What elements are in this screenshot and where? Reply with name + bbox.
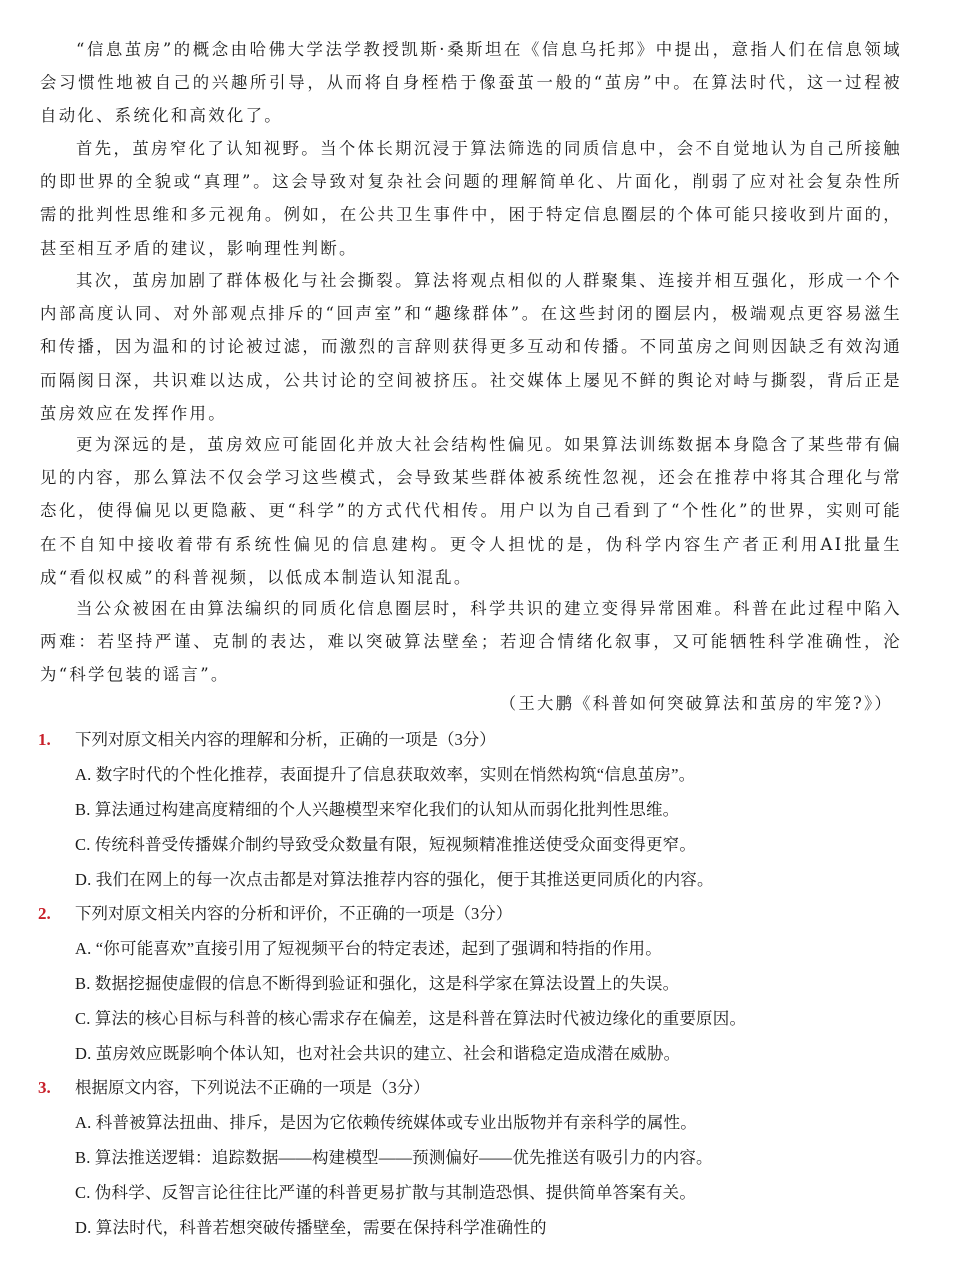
question-stem-row: 1.下列对原文相关内容的理解和分析，正确的一项是（3分）: [38, 722, 918, 757]
option-c[interactable]: C. 算法的核心目标与科普的核心需求存在偏差，这是科普在算法时代被边缘化的重要原…: [75, 1001, 918, 1036]
option-b[interactable]: B. 算法通过构建高度精细的个人兴趣模型来窄化我们的认知从而弱化批判性思维。: [75, 792, 918, 827]
question-number: 2.: [38, 896, 75, 931]
option-b[interactable]: B. 算法推送逻辑：追踪数据——构建模型——预测偏好——优先推送有吸引力的内容。: [75, 1140, 918, 1175]
passage-paragraph-2: 首先，茧房窄化了认知视野。当个体长期沉浸于算法筛选的同质信息中，会不自觉地认为自…: [40, 132, 902, 265]
question-number: 3.: [38, 1070, 75, 1105]
option-a[interactable]: A. “你可能喜欢”直接引用了短视频平台的特定表述，起到了强调和特指的作用。: [75, 931, 918, 966]
question-1: 1.下列对原文相关内容的理解和分析，正确的一项是（3分） A. 数字时代的个性化…: [38, 722, 918, 897]
option-d[interactable]: D. 我们在网上的每一次点击都是对算法推荐内容的强化，便于其推送更同质化的内容。: [75, 862, 918, 897]
question-stem: 根据原文内容，下列说法不正确的一项是（3分）: [75, 1078, 430, 1097]
question-number: 1.: [38, 722, 75, 757]
option-d[interactable]: D. 算法时代，科普若想突破传播壁垒，需要在保持科学准确性的: [75, 1210, 918, 1245]
option-a[interactable]: A. 数字时代的个性化推荐，表面提升了信息获取效率，实则在悄然构筑“信息茧房”。: [75, 757, 918, 792]
question-stem-row: 2.下列对原文相关内容的分析和评价，不正确的一项是（3分）: [38, 896, 918, 931]
option-a[interactable]: A. 科普被算法扭曲、排斥，是因为它依赖传统媒体或专业出版物并有亲科学的属性。: [75, 1105, 918, 1140]
question-2: 2.下列对原文相关内容的分析和评价，不正确的一项是（3分） A. “你可能喜欢”…: [38, 896, 918, 1071]
passage-source: （王大鹏《科普如何突破算法和茧房的牢笼?》）: [500, 690, 893, 714]
question-stem: 下列对原文相关内容的理解和分析，正确的一项是（3分）: [75, 730, 496, 749]
option-c[interactable]: C. 传统科普受传播媒介制约导致受众数量有限，短视频精准推送使受众面变得更窄。: [75, 827, 918, 862]
passage-paragraph-5: 当公众被困在由算法编织的同质化信息圈层时，科学共识的建立变得异常困难。科普在此过…: [40, 592, 902, 692]
option-c[interactable]: C. 伪科学、反智言论往往比严谨的科普更易扩散与其制造恐惧、提供简单答案有关。: [75, 1175, 918, 1210]
passage-paragraph-3: 其次，茧房加剧了群体极化与社会撕裂。算法将观点相似的人群聚集、连接并相互强化，形…: [40, 264, 902, 430]
option-b[interactable]: B. 数据挖掘使虚假的信息不断得到验证和强化，这是科学家在算法设置上的失误。: [75, 966, 918, 1001]
question-3: 3.根据原文内容，下列说法不正确的一项是（3分） A. 科普被算法扭曲、排斥，是…: [38, 1070, 918, 1245]
passage-paragraph-4: 更为深远的是，茧房效应可能固化并放大社会结构性偏见。如果算法训练数据本身隐含了某…: [40, 428, 902, 594]
passage-paragraph-1: “信息茧房”的概念由哈佛大学法学教授凯斯·桑斯坦在《信息乌托邦》中提出，意指人们…: [40, 33, 902, 133]
question-stem-row: 3.根据原文内容，下列说法不正确的一项是（3分）: [38, 1070, 918, 1105]
option-d[interactable]: D. 茧房效应既影响个体认知，也对社会共识的建立、社会和谐稳定造成潜在威胁。: [75, 1036, 918, 1071]
question-stem: 下列对原文相关内容的分析和评价，不正确的一项是（3分）: [75, 904, 512, 923]
exam-page: “信息茧房”的概念由哈佛大学法学教授凯斯·桑斯坦在《信息乌托邦》中提出，意指人们…: [0, 0, 953, 1263]
